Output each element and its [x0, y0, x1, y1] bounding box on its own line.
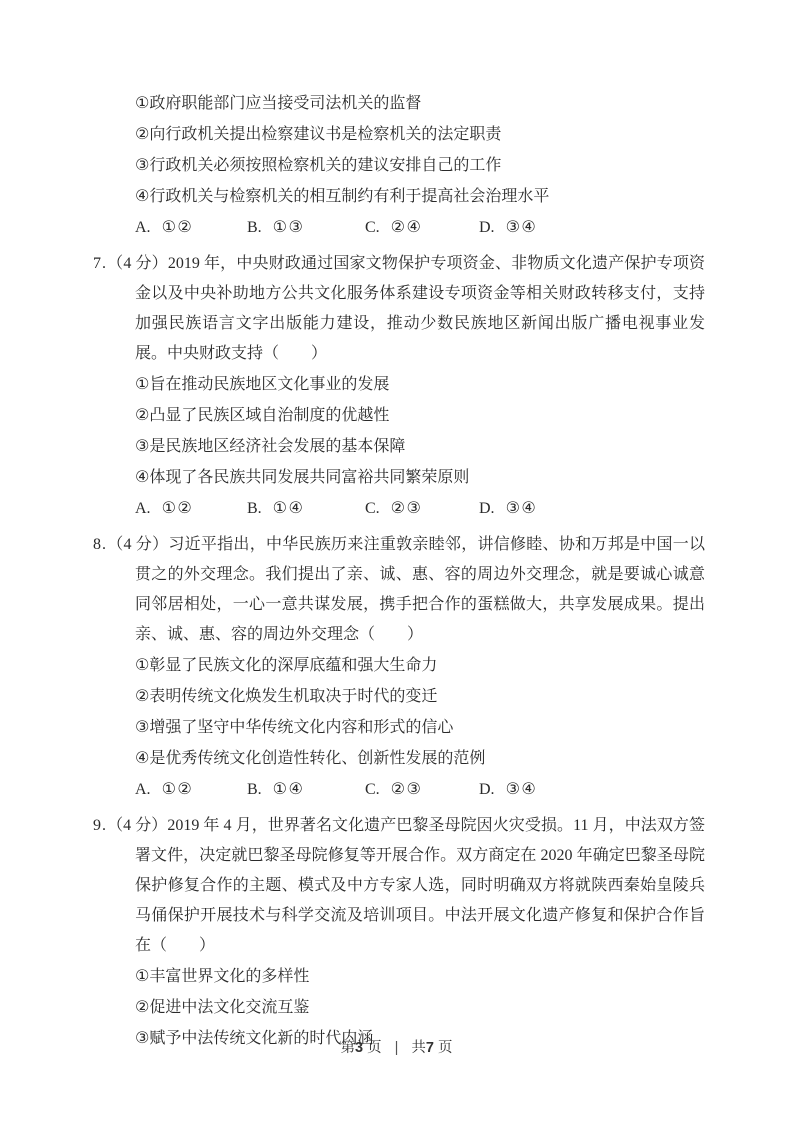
choice-label: D.: [479, 781, 495, 798]
question-stem: 8.（4 分）习近平指出，中华民族历来注重敦亲睦邻，讲信修睦、协和万邦是中国一以…: [93, 530, 705, 650]
exam-page: ①政府职能部门应当接受司法机关的监督 ②向行政机关提出检察建议书是检察机关的法定…: [0, 0, 793, 1122]
choice-label: B.: [247, 219, 262, 236]
statement-2: ②促进中法文化交流互鉴: [135, 992, 705, 1023]
answer-choices-row: A.①② B.①④ C.②③ D.③④: [135, 774, 705, 805]
statement-2: ②凸显了民族区域自治制度的优越性: [135, 400, 705, 431]
choice-a: A.①②: [135, 774, 247, 805]
choice-label: D.: [479, 219, 495, 236]
statement-4: ④体现了各民族共同发展共同富裕共同繁荣原则: [135, 462, 705, 493]
page-number-suffix: 页: [367, 1040, 382, 1056]
choice-values: ③④: [506, 219, 538, 236]
answer-choices-row: A.①② B.①④ C.②③ D.③④: [135, 493, 705, 524]
choice-a: A.①②: [135, 493, 247, 524]
choice-label: A.: [135, 219, 151, 236]
choice-label: C.: [365, 781, 380, 798]
choice-label: A.: [135, 781, 151, 798]
question-6-continuation: ①政府职能部门应当接受司法机关的监督 ②向行政机关提出检察建议书是检察机关的法定…: [93, 88, 705, 243]
question-number: 8.: [93, 536, 107, 553]
statement-1: ①丰富世界文化的多样性: [135, 961, 705, 992]
choice-label: B.: [247, 781, 262, 798]
choice-label: C.: [365, 500, 380, 517]
page-footer: 第3页|共7页: [0, 1036, 793, 1057]
choice-values: ①④: [273, 500, 305, 517]
choice-values: ③④: [506, 500, 538, 517]
total-pages-number: 7: [426, 1040, 434, 1056]
statement-4: ④行政机关与检察机关的相互制约有利于提高社会治理水平: [135, 181, 705, 212]
question-number: 9.: [93, 817, 107, 834]
current-page-number: 3: [355, 1040, 363, 1056]
choice-c: C.②③: [365, 493, 479, 524]
choice-a: A.①②: [135, 212, 247, 243]
total-pages-suffix: 页: [438, 1040, 453, 1056]
choice-b: B.①④: [247, 493, 365, 524]
statement-3: ③是民族地区经济社会发展的基本保障: [135, 431, 705, 462]
question-stem-text: （4 分）习近平指出，中华民族历来注重敦亲睦邻，讲信修睦、协和万邦是中国一以贯之…: [107, 536, 705, 643]
choice-d: D.③④: [479, 493, 705, 524]
answer-choices-row: A.①② B.①③ C.②④ D.③④: [135, 212, 705, 243]
statement-2: ②表明传统文化焕发生机取决于时代的变迁: [135, 681, 705, 712]
choice-b: B.①④: [247, 774, 365, 805]
statement-1: ①彰显了民族文化的深厚底蕴和强大生命力: [135, 650, 705, 681]
choice-values: ①②: [162, 781, 194, 798]
statement-3: ③增强了坚守中华传统文化内容和形式的信心: [135, 712, 705, 743]
choice-values: ②③: [391, 500, 423, 517]
question-7: 7.（4 分）2019 年，中央财政通过国家文物保护专项资金、非物质文化遗产保护…: [93, 249, 705, 524]
question-9: 9.（4 分）2019 年 4 月，世界著名文化遗产巴黎圣母院因火灾受损。11 …: [93, 811, 705, 1054]
choice-values: ②④: [391, 219, 423, 236]
question-stem: 7.（4 分）2019 年，中央财政通过国家文物保护专项资金、非物质文化遗产保护…: [93, 249, 705, 369]
choice-label: C.: [365, 219, 380, 236]
choice-values: ①②: [162, 500, 194, 517]
total-pages-prefix: 共: [411, 1040, 426, 1056]
page-number-prefix: 第: [341, 1040, 356, 1056]
statement-1: ①政府职能部门应当接受司法机关的监督: [135, 88, 705, 119]
choice-values: ①②: [162, 219, 194, 236]
choice-b: B.①③: [247, 212, 365, 243]
choice-values: ②③: [391, 781, 423, 798]
statement-4: ④是优秀传统文化创造性转化、创新性发展的范例: [135, 743, 705, 774]
question-stem-text: （4 分）2019 年，中央财政通过国家文物保护专项资金、非物质文化遗产保护专项…: [107, 255, 705, 362]
choice-d: D.③④: [479, 774, 705, 805]
footer-separator: |: [395, 1040, 399, 1056]
choice-label: D.: [479, 500, 495, 517]
statement-2: ②向行政机关提出检察建议书是检察机关的法定职责: [135, 119, 705, 150]
choice-label: B.: [247, 500, 262, 517]
choice-c: C.②④: [365, 212, 479, 243]
choice-label: A.: [135, 500, 151, 517]
question-stem: 9.（4 分）2019 年 4 月，世界著名文化遗产巴黎圣母院因火灾受损。11 …: [93, 811, 705, 961]
page-content: ①政府职能部门应当接受司法机关的监督 ②向行政机关提出检察建议书是检察机关的法定…: [93, 88, 705, 1060]
question-stem-text: （4 分）2019 年 4 月，世界著名文化遗产巴黎圣母院因火灾受损。11 月，…: [107, 817, 705, 954]
statement-1: ①旨在推动民族地区文化事业的发展: [135, 369, 705, 400]
statement-3: ③行政机关必须按照检察机关的建议安排自己的工作: [135, 150, 705, 181]
choice-d: D.③④: [479, 212, 705, 243]
choice-values: ③④: [506, 781, 538, 798]
choice-values: ①③: [273, 219, 305, 236]
question-8: 8.（4 分）习近平指出，中华民族历来注重敦亲睦邻，讲信修睦、协和万邦是中国一以…: [93, 530, 705, 805]
choice-values: ①④: [273, 781, 305, 798]
choice-c: C.②③: [365, 774, 479, 805]
question-number: 7.: [93, 255, 107, 272]
